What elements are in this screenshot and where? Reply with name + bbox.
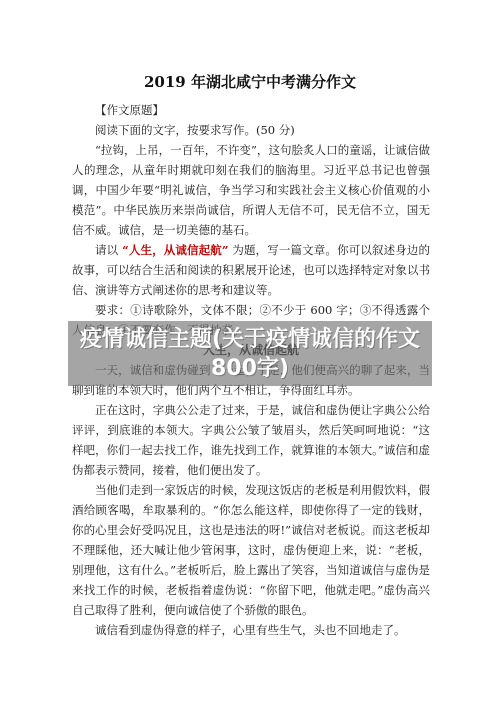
prompt-background: “拉钩，上吊，一百年，不许变”，这句脍炙人口的童谣，让诚信做人的理念，从童年时期… bbox=[72, 140, 430, 240]
essay-paragraph: 当他们走到一家饭店的时候，发现这饭店的老板是利用假饮料，假酒给顾客喝，牟取暴利的… bbox=[72, 480, 430, 620]
watermark-text-line2: 800字) bbox=[211, 354, 289, 383]
document-page: 2019 年湖北咸宁中考满分作文 【作文原题】 阅读下面的文字，按要求写作。(5… bbox=[0, 72, 500, 640]
document-title: 2019 年湖北咸宁中考满分作文 bbox=[0, 72, 500, 92]
section-label: 【作文原题】 bbox=[72, 100, 430, 120]
watermark-overlay-banner: 疫情诚信主题(关于疫情诚信的作文 800字) bbox=[68, 321, 432, 386]
watermark-text-line1: 疫情诚信主题(关于疫情诚信的作文 bbox=[80, 325, 420, 354]
prompt-task-highlight: “人生，从诚信起航” bbox=[122, 243, 228, 257]
essay-paragraph: 正在这时，字典公公走了过来，于是，诚信和虚伪便让字典公公给评评，到底谁的本领大。… bbox=[72, 400, 430, 480]
essay-paragraph: 诚信看到虚伪得意的样子，心里有些生气，头也不回地走了。 bbox=[72, 620, 430, 640]
prompt-task: 请以 “人生，从诚信起航” 为题，写一篇文章。你可以叙述身边的故事，可以结合生活… bbox=[72, 240, 430, 300]
prompt-intro: 阅读下面的文字，按要求写作。(50 分) bbox=[72, 120, 430, 140]
prompt-task-pre: 请以 bbox=[95, 243, 122, 257]
